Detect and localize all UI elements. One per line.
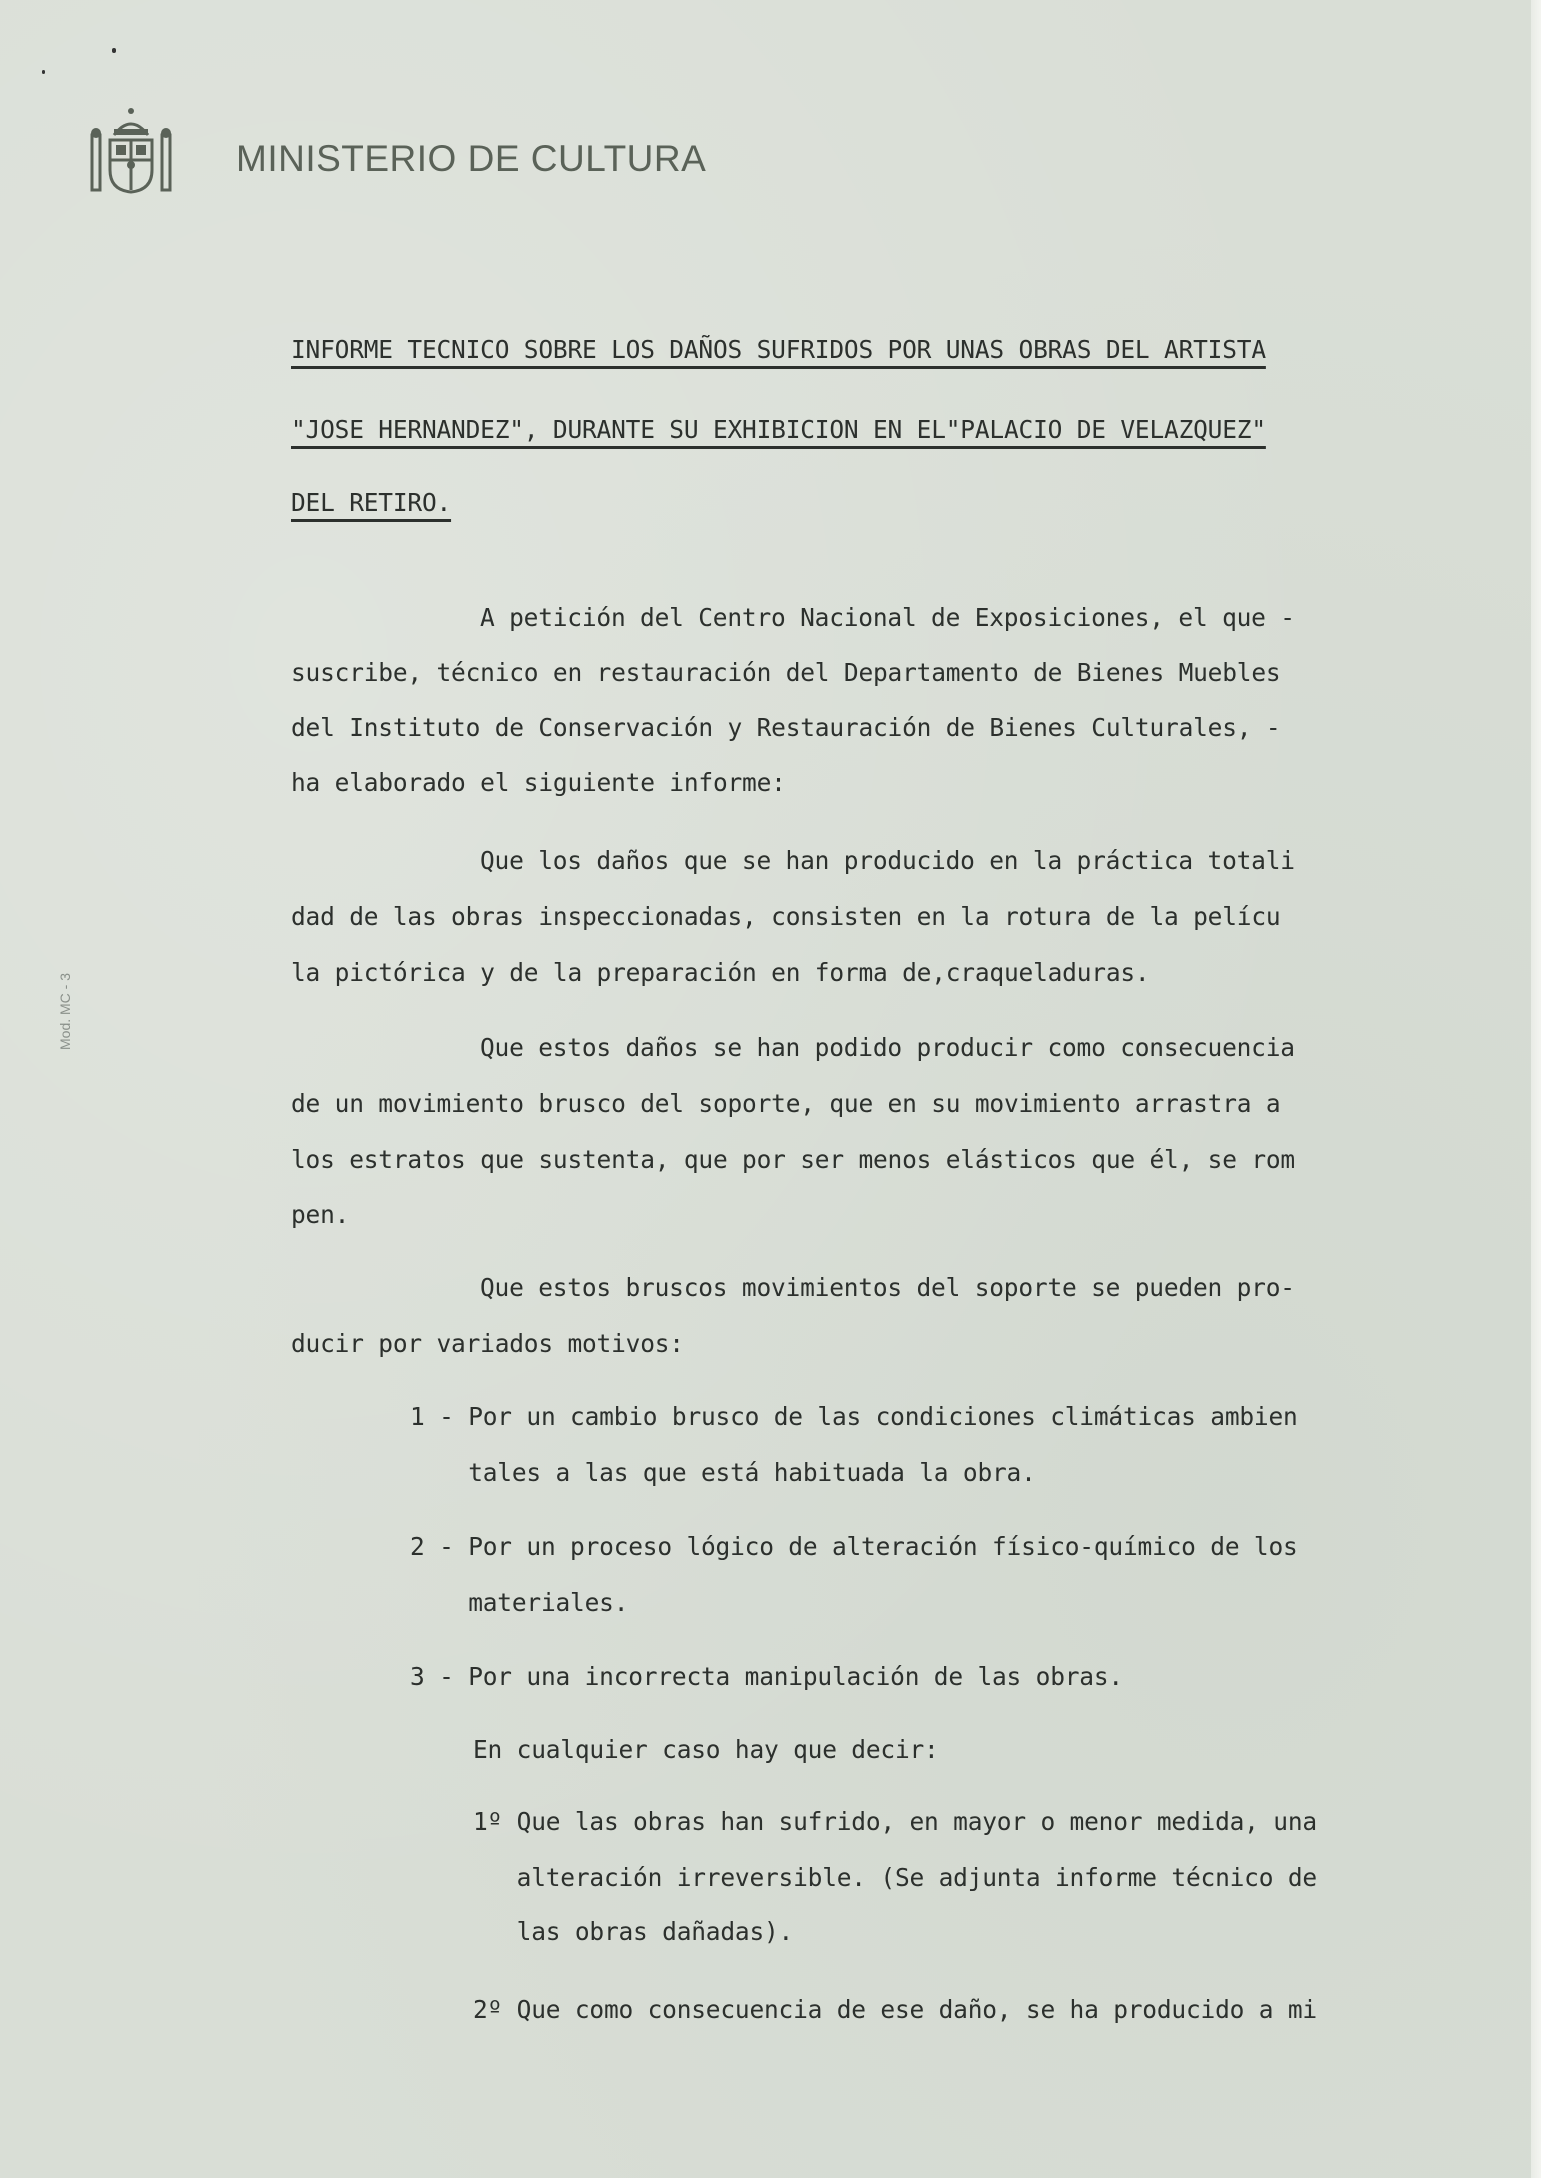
paragraph-line: Que estos daños se han podido producir c…	[480, 1033, 1295, 1062]
report-title-line: INFORME TECNICO SOBRE LOS DAÑOS SUFRIDOS…	[291, 335, 1266, 364]
paper-speck	[112, 48, 116, 53]
paragraph-line: Que los daños que se han producido en la…	[480, 846, 1295, 875]
cause-item-line: materiales.	[410, 1588, 628, 1617]
cause-item-line: 1 - Por un cambio brusco de las condicio…	[410, 1402, 1298, 1431]
paper-speck	[42, 70, 45, 74]
report-title-line: DEL RETIRO.	[291, 488, 451, 517]
paragraph-line: ducir por variados motivos:	[291, 1329, 684, 1358]
paragraph-line: ha elaborado el siguiente informe:	[291, 768, 786, 797]
report-title-line: "JOSE HERNANDEZ", DURANTE SU EXHIBICION …	[291, 415, 1266, 444]
paragraph-line: la pictórica y de la preparación en form…	[291, 958, 1149, 987]
page-edge	[1531, 0, 1541, 2178]
ministry-name: MINISTERIO DE CULTURA	[236, 138, 706, 180]
conclusion-item-line: las obras dañadas).	[473, 1917, 793, 1946]
conclusion-item-line: 1º Que las obras han sufrido, en mayor o…	[473, 1807, 1317, 1836]
cause-item-line: 3 - Por una incorrecta manipulación de l…	[410, 1662, 1123, 1691]
paragraph-line: Que estos bruscos movimientos del soport…	[480, 1273, 1295, 1302]
cause-item-line: 2 - Por un proceso lógico de alteración …	[410, 1532, 1298, 1561]
form-model-code: Mod. MC - 3	[57, 973, 73, 1050]
coat-of-arms-icon	[88, 105, 174, 195]
paragraph-line: dad de las obras inspeccionadas, consist…	[291, 902, 1280, 931]
paragraph-line: suscribe, técnico en restauración del De…	[291, 658, 1280, 687]
paragraph-line: A petición del Centro Nacional de Exposi…	[480, 603, 1295, 632]
document-page: MINISTERIO DE CULTURA Mod. MC - 3 INFORM…	[0, 0, 1541, 2178]
conclusion-intro: En cualquier caso hay que decir:	[473, 1735, 939, 1764]
cause-item-line: tales a las que está habituada la obra.	[410, 1458, 1036, 1487]
conclusion-item-line: 2º Que como consecuencia de ese daño, se…	[473, 1995, 1317, 2024]
conclusion-item-line: alteración irreversible. (Se adjunta inf…	[473, 1863, 1317, 1892]
paragraph-line: del Instituto de Conservación y Restaura…	[291, 713, 1280, 742]
letterhead: MINISTERIO DE CULTURA	[88, 105, 706, 195]
paragraph-line: los estratos que sustenta, que por ser m…	[291, 1145, 1295, 1174]
paragraph-line: de un movimiento brusco del soporte, que…	[291, 1089, 1280, 1118]
paragraph-line: pen.	[291, 1200, 349, 1229]
